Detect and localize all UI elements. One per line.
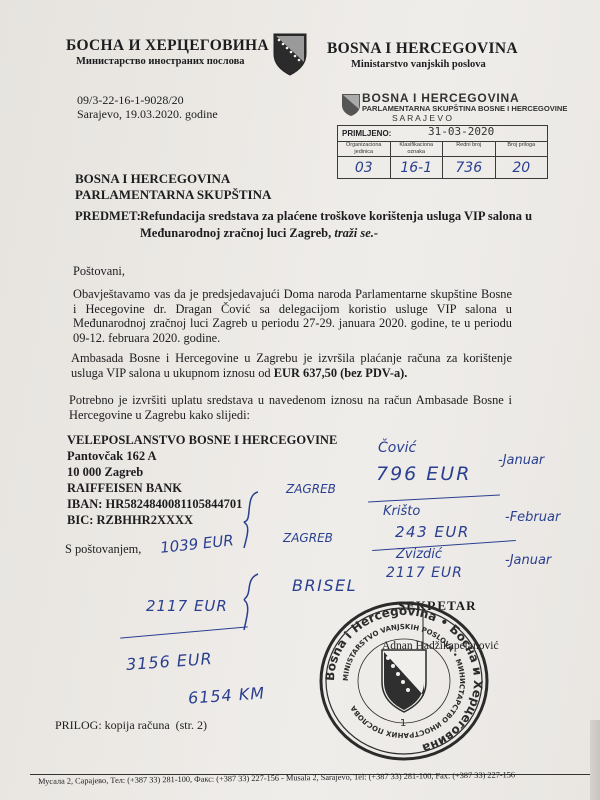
stamp-col-attachments: Broj priloga [496, 142, 548, 156]
stamp-col-org-unit: Organizaciona jedinica [338, 142, 391, 156]
letterhead-title-latin: BOSNA I HERCEGOVINA [327, 40, 518, 58]
recipient-line1: BOSNA I HERCEGOVINA [75, 171, 230, 187]
greeting: Poštovani, [73, 264, 125, 279]
hand-underline-2 [372, 540, 516, 551]
stamp-col-serial: Redni broj [443, 142, 496, 156]
stamp-val-org-unit: 03 [338, 157, 391, 178]
footer-contact: Мусала 2, Сарајево, Тел: (+387 33) 281-1… [38, 770, 515, 786]
hand-note-month-1: -Januar [498, 453, 544, 468]
hand-zagreb-label-2: ZAGREB [283, 531, 333, 545]
closing: S poštovanjem, [65, 542, 141, 557]
iban: IBAN: HR5824840081105844701 [67, 496, 337, 512]
hand-brace-zagreb [240, 490, 262, 550]
parliament-emblem-icon [341, 93, 361, 117]
letterhead-title-cyrillic: БОСНА И ХЕРЦЕГОВИНА [66, 37, 269, 55]
stamp-val-classification: 16-1 [391, 157, 444, 178]
stamp-line3: S A R A J E V O [392, 113, 452, 123]
bic: BIC: RZBHHR2XXXX [67, 512, 337, 528]
bih-coat-of-arms-icon [272, 32, 308, 76]
reference-number: 09/3-22-16-1-9028/20 [77, 93, 184, 107]
hand-brisel-label: BRISEL [292, 576, 357, 595]
seal-number: 1 [400, 718, 406, 729]
hand-brace-brisel [240, 572, 262, 632]
receipt-stamp-box: PRIMLJENO: 31-03-2020 Organizaciona jedi… [337, 125, 548, 179]
stamp-line2: PARLAMENTARNA SKUPŠTINA BOSNE I HERCEGOV… [362, 104, 567, 113]
beneficiary-name: VELEPOSLANSTVO BOSNE I HERCEGOVINE [67, 432, 337, 448]
stamp-col-classification: Klasifikaciona oznaka [391, 142, 444, 156]
bank-details: VELEPOSLANSTVO BOSNE I HERCEGOVINE Panto… [67, 432, 337, 528]
letterhead-subtitle-latin: Ministarstvo vanjskih poslova [351, 59, 486, 70]
recipient-line2: PARLAMENTARNA SKUPŠTINA [75, 187, 271, 203]
hand-brisel-total: 2117 EUR [146, 597, 228, 615]
place-and-date: Sarajevo, 19.03.2020. godine [77, 107, 218, 121]
attachment-note: PRILOG: kopija računa (str. 2) [55, 718, 207, 733]
paragraph-2: Ambasada Bosne i Hercegovine u Zagrebu j… [71, 351, 512, 380]
hand-note-amount-2: 243 EUR [395, 523, 470, 541]
paragraph-3: Potrebno je izvršiti uplatu sredstava u … [69, 393, 512, 422]
paragraph-1: Obavještavamo vas da je predsjedavajući … [73, 287, 512, 345]
hand-note-name-3: Zvizdić [396, 547, 442, 562]
stamp-line1: BOSNA I HERCEGOVINA [362, 91, 519, 105]
scanned-letter-page: БОСНА И ХЕРЦЕГОВИНА Министарство иностра… [0, 0, 600, 800]
page-edge-shadow [590, 720, 600, 800]
beneficiary-street: Pantovčak 162 A [67, 448, 337, 464]
hand-underline-1 [368, 495, 500, 503]
hand-total-underline [120, 626, 248, 638]
received-date: 31-03-2020 [428, 125, 494, 138]
hand-zagreb-total: 1039 EUR [159, 531, 234, 557]
hand-note-amount-1: 796 EUR [376, 463, 471, 485]
hand-note-name-2: Krišto [383, 504, 420, 519]
hand-note-month-2: -Februar [505, 510, 560, 525]
hand-grand-total-km: 6154 KM [187, 683, 265, 707]
hand-note-month-3: -Januar [505, 553, 551, 568]
hand-grand-total-eur: 3156 EUR [125, 649, 213, 674]
stamp-val-serial: 736 [443, 157, 496, 178]
stamp-val-attachments: 20 [496, 157, 548, 178]
subject-text-line2: Međunarodnoj zračnoj luci Zagreb, traži … [140, 225, 378, 242]
ministry-official-seal: Bosna i Hercegovina • Босна и Херцеговин… [318, 600, 490, 762]
hand-zagreb-label-1: ZAGREB [286, 482, 336, 496]
beneficiary-city: 10 000 Zagreb [67, 464, 337, 480]
subject-text-line1: Refundacija sredstava za plaćene troškov… [140, 208, 532, 225]
subject-label: PREDMET: [75, 208, 141, 225]
hand-note-name-1: Čović [378, 440, 416, 456]
hand-note-amount-3: 2117 EUR [386, 565, 463, 581]
letterhead-subtitle-cyrillic: Министарство иностраних послова [76, 56, 245, 67]
received-label: PRIMLJENO: [342, 129, 391, 138]
